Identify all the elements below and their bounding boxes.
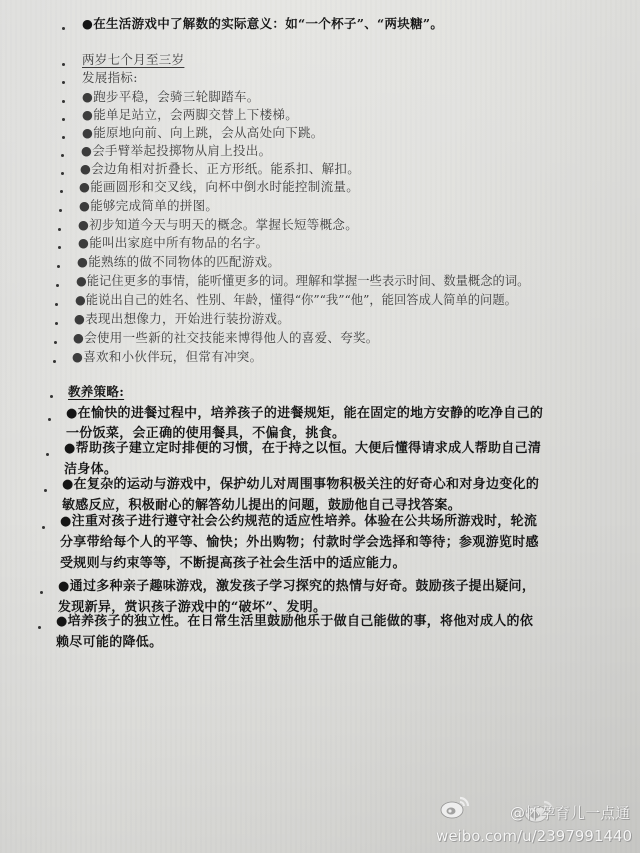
weibo-watermark: @怀孕育儿一点通 weibo.com/u/2397991440 <box>0 0 640 853</box>
document-page: ●在生活游戏中了解数的实际意义：如“一个杯子”、“两块糖”。 两岁七个月至三岁 … <box>0 0 640 853</box>
weibo-logo-icon <box>440 795 470 819</box>
watermark-handle: @怀孕育儿一点通 <box>510 802 630 823</box>
watermark-url: weibo.com/u/2397991440 <box>436 827 632 845</box>
